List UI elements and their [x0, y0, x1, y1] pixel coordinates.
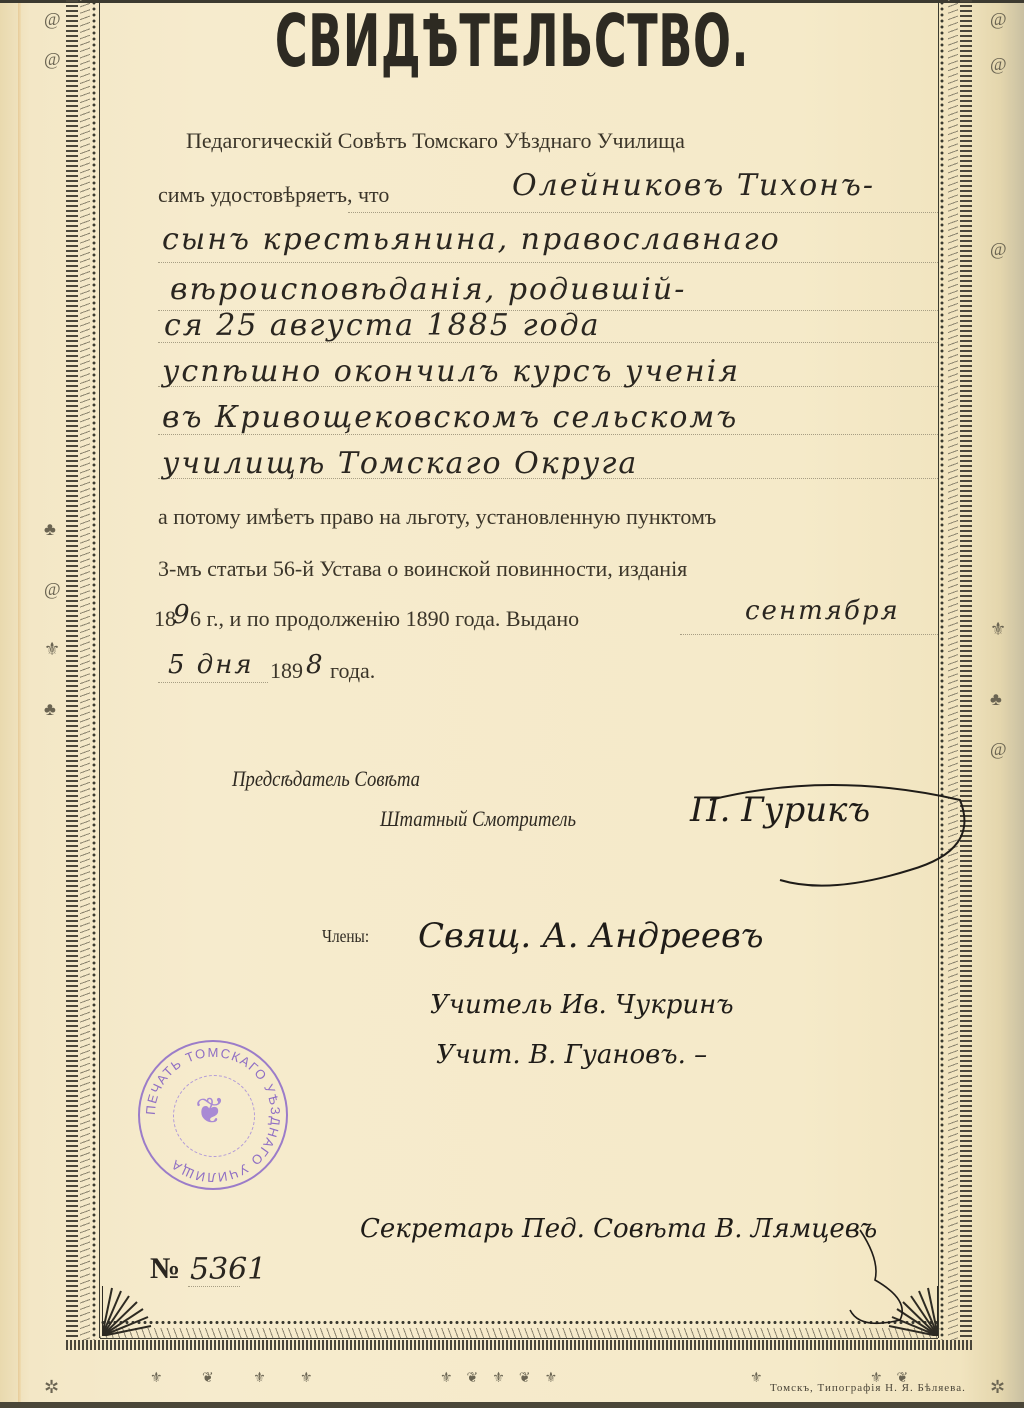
fan-corner-icon — [102, 1286, 152, 1336]
double-headed-eagle-icon: ❦ — [195, 1090, 225, 1132]
scroll-ornament-icon: @ — [990, 55, 1007, 73]
secretary-signature: Секретарь Пед. Совѣта В. Лямцевъ — [360, 1214, 877, 1244]
scroll-ornament-icon: @ — [990, 740, 1007, 758]
scroll-ornament-icon: ♣ — [44, 520, 56, 538]
handwritten-line-estate: сынъ крестьянина, православнаго — [162, 222, 781, 257]
printed-line-statute: 3-мъ статьи 56-й Устава о воинской повин… — [158, 556, 687, 582]
border-right-ladder — [960, 0, 972, 1340]
certificate-number: 5361 — [190, 1252, 266, 1287]
border-left-beads — [92, 0, 96, 1340]
document-title: СВИДѢТЕЛЬСТВО. — [195, 2, 830, 80]
printed-line-year-end: года. — [330, 658, 375, 684]
signature-flourish — [680, 770, 970, 900]
scroll-ornament-icon: @ — [44, 580, 61, 598]
handwritten-name: Олейниковъ Тихонъ- — [512, 168, 875, 203]
paper-fold — [18, 0, 21, 1408]
fill-line — [158, 262, 938, 263]
handwritten-line-religion: вѣроисповѣданія, родившій- — [170, 272, 686, 307]
border-left-rule — [99, 0, 100, 1338]
handwritten-edition-digit: 9 — [173, 600, 192, 630]
bottom-scroll-ornaments-icon: ⚜ — [300, 1372, 313, 1386]
fill-line — [348, 212, 938, 213]
border-bottom-ladder — [66, 1340, 972, 1350]
border-left-rope — [80, 0, 90, 1340]
scroll-ornament-icon: @ — [44, 10, 61, 28]
printer-imprint: Томскъ, Типографія Н. Я. Бѣляева. — [770, 1382, 966, 1394]
secretary-flourish — [820, 1220, 920, 1330]
handwritten-month: сентября — [745, 596, 900, 626]
printed-line-certifies: симъ удостовѣряетъ, что — [158, 182, 389, 208]
scroll-ornament-icon: ♣ — [990, 690, 1002, 708]
member1-signature: Свящ. А. Андреевъ — [418, 916, 763, 956]
handwritten-line-school: въ Кривощековскомъ сельскомъ — [162, 400, 738, 435]
scroll-ornament-icon: @ — [44, 50, 61, 68]
fill-line — [158, 682, 268, 683]
bottom-scroll-ornaments-icon: ⚜ — [750, 1372, 763, 1386]
school-seal: ПЕЧАТЬ ТОМСКАГО УѢЗДНАГО УЧИЛИЩА ❦ — [138, 1040, 288, 1190]
scroll-ornament-icon: @ — [990, 240, 1007, 258]
border-right-beads — [940, 0, 944, 1340]
border-right-rope — [948, 0, 958, 1340]
border-right-rule — [938, 0, 939, 1338]
printed-line-privilege: а потому имѣетъ право на льготу, установ… — [158, 504, 716, 530]
member2-signature: Учитель Ив. Чукринъ — [430, 990, 734, 1020]
number-sign: № — [150, 1252, 180, 1286]
border-bottom-rule — [100, 1338, 938, 1339]
printed-line-council: Педагогическій Совѣтъ Томскаго Уѣзднаго … — [186, 128, 685, 154]
border-bottom-rope — [100, 1328, 940, 1338]
handwritten-line-birthdate: ся 25 августа 1885 года — [164, 308, 601, 343]
fill-line — [680, 634, 938, 635]
bottom-scroll-ornaments-icon: ⚜❦⚜❦⚜ — [440, 1372, 571, 1386]
rosette-icon: ✲ — [990, 1378, 1005, 1396]
bottom-scroll-ornaments-icon: ⚜ ❦ ⚜ — [150, 1372, 284, 1386]
handwritten-day: 5 дня — [168, 650, 254, 680]
handwritten-line-district: училищѣ Томскаго Округа — [162, 446, 638, 481]
fill-line — [188, 1286, 240, 1287]
printed-year-prefix: 189 — [270, 658, 303, 684]
chairman-label: Предсѣдатель Совѣта — [232, 766, 420, 792]
rosette-icon: ✲ — [44, 1378, 59, 1396]
scan-edge-bottom — [0, 1402, 1024, 1408]
members-label: Члены: — [322, 926, 369, 947]
printed-line-issued: 6 г., и по продолженію 1890 года. Выдано — [190, 606, 579, 632]
handwritten-year-digit: 8 — [306, 650, 325, 680]
handwritten-line-completed: успѣшно окончилъ курсъ ученія — [162, 354, 740, 389]
scroll-ornament-icon: ⚜ — [990, 620, 1006, 638]
scroll-ornament-icon: ⚜ — [44, 640, 60, 658]
supervisor-label: Штатный Смотритель — [380, 806, 576, 832]
scroll-ornament-icon: ♣ — [44, 700, 56, 718]
border-bottom-beads — [100, 1320, 940, 1325]
scroll-ornament-icon: @ — [990, 10, 1007, 28]
member3-signature: Учит. В. Гуановъ. – — [436, 1040, 707, 1070]
